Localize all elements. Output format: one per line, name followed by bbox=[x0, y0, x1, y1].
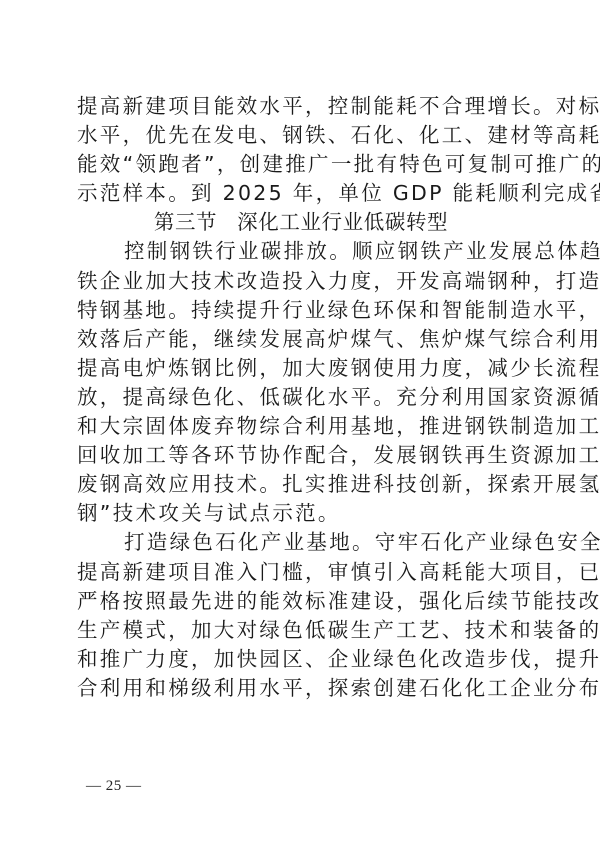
paragraph-steel-industry: 控制钢铁行业碳排放。顺应钢铁产业发展总体趋势，支持钢 铁企业加大技术改造投入力度… bbox=[77, 237, 525, 528]
text-line: 水平，优先在发电、钢铁、石化、化工、建材等高耗能行业遴选 bbox=[77, 121, 525, 150]
text-line: 示范样本。到 2025 年，单位 GDP 能耗顺利完成省定目标。 bbox=[77, 179, 525, 208]
text-line: 放，提高绿色化、低碳化水平。充分利用国家资源循环利用基地 bbox=[77, 383, 525, 412]
text-line: 合利用和梯级利用水平，探索创建石化化工企业分布式能源中心。 bbox=[77, 674, 525, 703]
document-page: 提高新建项目能效水平，控制能耗不合理增长。对标国内外先进 水平，优先在发电、钢铁… bbox=[0, 0, 600, 848]
text-line: 和大宗固体废弃物综合利用基地，推进钢铁制造加工、经销贸易、 bbox=[77, 412, 525, 441]
text-line: 效落后产能，继续发展高炉煤气、焦炉煤气综合利用项目，逐步 bbox=[77, 325, 525, 354]
text-line: 和推广力度，加快园区、企业绿色化改造步伐，提升余能深度综 bbox=[77, 645, 525, 674]
text-line: 铁企业加大技术改造投入力度，开发高端钢种，打造千万吨级优 bbox=[77, 267, 525, 296]
text-line: 特钢基地。持续提升行业绿色环保和智能制造水平，稳步淘汰低 bbox=[77, 296, 525, 325]
text-line: 打造绿色石化产业基地。守牢石化产业绿色安全发展底线， bbox=[77, 528, 525, 557]
text-line: 废钢高效应用技术。扎实推进科技创新，探索开展氢能“零碳炼 bbox=[77, 470, 525, 499]
text-line: 生产模式，加大对绿色低碳生产工艺、技术和装备的研发、示范 bbox=[77, 616, 525, 645]
text-line: 回收加工等各环节协作配合，发展钢铁再生资源加工产业，探索 bbox=[77, 441, 525, 470]
text-line: 提高新建项目准入门槛，审慎引入高耗能大项目，已立项项目要 bbox=[77, 558, 525, 587]
text-line: 控制钢铁行业碳排放。顺应钢铁产业发展总体趋势，支持钢 bbox=[77, 237, 525, 266]
page-number: — 25 — bbox=[86, 778, 142, 795]
paragraph-petrochemical: 打造绿色石化产业基地。守牢石化产业绿色安全发展底线， 提高新建项目准入门槛，审慎… bbox=[77, 528, 525, 703]
text-line: 能效“领跑者”，创建推广一批有特色可复制可推广的绿色制造 bbox=[77, 150, 525, 179]
section-number: 第三节 bbox=[154, 210, 217, 234]
text-line: 钢”技术攻关与试点示范。 bbox=[77, 499, 525, 528]
text-line: 严格按照最先进的能效标准建设，强化后续节能技改。推行绿色 bbox=[77, 587, 525, 616]
paragraph-energy-efficiency: 提高新建项目能效水平，控制能耗不合理增长。对标国内外先进 水平，优先在发电、钢铁… bbox=[77, 92, 525, 208]
text-line: 提高电炉炼钢比例，加大废钢使用力度，减少长流程炼钢过程排 bbox=[77, 354, 525, 383]
body-text: 提高新建项目能效水平，控制能耗不合理增长。对标国内外先进 水平，优先在发电、钢铁… bbox=[77, 92, 525, 703]
section-heading: 第三节深化工业行业低碳转型 bbox=[77, 208, 525, 237]
section-title: 深化工业行业低碳转型 bbox=[237, 210, 448, 234]
text-line: 提高新建项目能效水平，控制能耗不合理增长。对标国内外先进 bbox=[77, 92, 525, 121]
